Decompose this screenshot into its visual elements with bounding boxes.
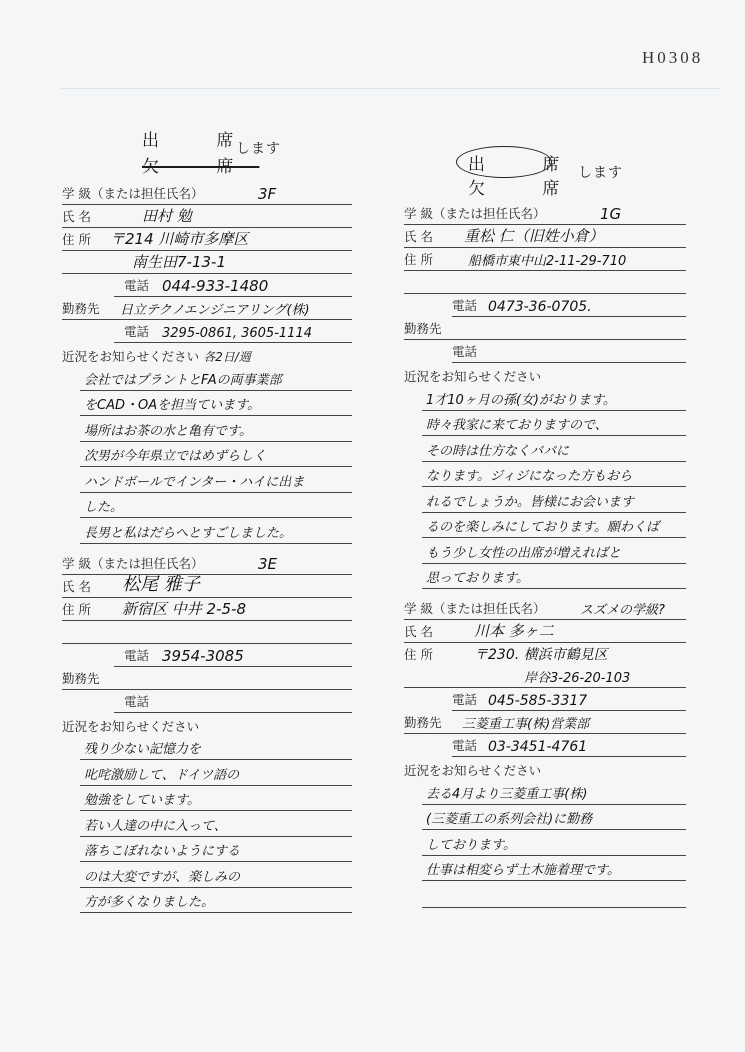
right-response-column: 出 席 欠 席 します 学 級（または担任氏名）1G 氏 名重松 仁（旧姓小倉）… [404,140,686,908]
work-row: 勤務先 [62,667,352,690]
news-line: 仕事は相変らず土木施着理です。 [422,856,686,882]
work-phone-row: 電話 [114,690,352,713]
address-row-2: 南生田7-13-1 [62,251,352,274]
news-heading: 近況をお知らせください [404,367,686,385]
address-row-2 [404,271,686,294]
address-row: 住 所新宿区 中井 2-5-8 [62,598,352,621]
news-line: した。 [80,493,352,519]
news-heading: 近況をお知らせください [62,717,352,735]
news-line: 次男が今年県立ではめずらしく [80,442,352,468]
news-line: 1才10ヶ月の孫(女)がおります。 [422,385,686,411]
document-id: H0308 [642,48,703,68]
news-line: (三菱重工の系列会社)に勤務 [422,805,686,831]
news-heading: 近況をお知らせください 各2日/週 [62,347,352,365]
news-line: もう少し女性の出席が増えればと [422,538,686,564]
attendance-present-circled: 出 席 [468,150,585,175]
name-label: 氏 名 [62,207,91,225]
attendance-absent: 欠 席 [468,174,585,199]
attendance-selector: 出 席 欠 席 します [404,140,686,202]
phone-row: 電話3954-3085 [114,644,352,667]
news-line: ハンドボールでインター・ハイに出ま [80,467,352,493]
class-row: 学 級（または担任氏名）3F [62,182,352,205]
phone-value: 044-933-1480 [162,277,268,295]
attendance-suffix: します [236,138,281,158]
name-row: 氏 名重松 仁（旧姓小倉） [404,225,686,248]
news-heading: 近況をお知らせください [404,761,686,779]
address-row: 住 所〒230. 横浜市鶴見区 [404,643,686,665]
news-line: 長男と私はだらへとすごしました。 [80,518,352,544]
work-value: 日立テクノエンジニアリング(株) [120,299,310,318]
work-row: 勤務先三菱重工事(株)営業部 [404,711,686,734]
address-row-2: 岸谷3-26-20-103 [404,665,686,688]
class-row: 学 級（または担任氏名）スズメの学級? [404,597,686,620]
phone-row: 電話045-585-3317 [452,688,686,711]
top-rule [60,88,720,89]
phone-label: 電話 [124,276,149,294]
news-line: るのを楽しみにしております。願わくば [422,513,686,539]
attendance-selector: 出 席 欠 席 します [62,112,352,182]
phone-row: 電話044-933-1480 [114,274,352,297]
attendance-suffix: します [578,162,623,182]
address-row: 住 所〒214 川崎市多摩区 [62,228,352,251]
news-line: その時は仕方なくババに [422,436,686,462]
work-row: 勤務先 [404,317,686,340]
news-line: しております。 [422,830,686,856]
empty-news-line [422,881,686,908]
news-line: 残り少ない記憶力を [80,735,352,761]
address-line2: 南生田7-13-1 [132,251,226,272]
left-response-column: 出 席 欠 席 します 学 級（または担任氏名）3F 氏 名田村 勉 住 所〒2… [62,112,352,913]
class-row: 学 級（または担任氏名）1G [404,202,686,225]
news-line: 場所はお茶の水と亀有です。 [80,416,352,442]
news-line: 去る4月より三菱重工事(株) [422,779,686,805]
news-line: 時々我家に来ておりますので、 [422,411,686,437]
name-value: 田村 勉 [142,205,192,226]
name-row: 氏 名松尾 雅子 [62,575,352,598]
work-phone-label: 電話 [124,322,149,340]
address-line1: 〒214 川崎市多摩区 [110,228,248,249]
class-label: 学 級（または担任氏名） [62,184,203,202]
address-row: 住 所船橋市東中山2-11-29-710 [404,248,686,271]
news-line: 方が多くなりました。 [80,888,352,914]
news-line: をCAD・OAを担当ています。 [80,391,352,417]
news-line: 落ちこぼれないようにする [80,837,352,863]
name-row: 氏 名川本 多ヶ二 [404,620,686,643]
news-line: れるでしょうか。皆様にお会います [422,487,686,513]
work-row: 勤務先日立テクノエンジニアリング(株) [62,297,352,320]
news-line: 勉強をしています。 [80,786,352,812]
class-value: 3F [258,185,276,203]
news-line: 思っております。 [422,564,686,590]
class-row: 学 級（または担任氏名）3E [62,552,352,575]
work-phone-row: 電話 [452,340,686,363]
name-row: 氏 名田村 勉 [62,205,352,228]
news-line: 叱咤激励して、ドイツ語の [80,760,352,786]
work-label: 勤務先 [62,299,100,317]
address-row-2 [62,621,352,644]
news-line: なります。ジィジになった方もおら [422,462,686,488]
phone-row: 電話0473-36-0705. [452,294,686,317]
address-label: 住 所 [62,230,91,248]
work-phone-value: 3295-0861, 3605-1114 [162,326,312,341]
news-line: のは大変ですが、楽しみの [80,862,352,888]
news-line: 会社ではプラントとFAの両事業部 [80,365,352,391]
work-phone-row: 電話3295-0861, 3605-1114 [114,320,352,343]
news-aside: 各2日/週 [203,350,251,364]
news-line: 若い人達の中に入って、 [80,811,352,837]
work-phone-row: 電話03-3451-4761 [452,734,686,757]
